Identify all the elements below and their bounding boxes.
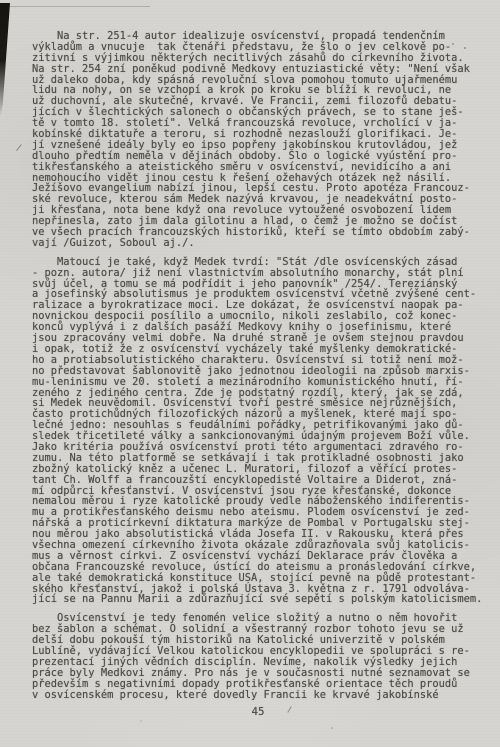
pencil-mark [287, 706, 291, 713]
scan-artifact-hairline [0, 6, 150, 7]
text-line: mu-leninismu ve 20. století a mezinárodn… [32, 377, 488, 388]
text-line: no představovat šablonovitě jako jednotn… [32, 366, 488, 377]
scan-artifact-wedge [0, 3, 10, 118]
screenshot-root: { "colors": { "paper": "#d6d4d0", "ink":… [0, 0, 500, 747]
text-line: v osvícenském procesu, které dovedly Fra… [32, 690, 488, 701]
page-text: Na str. 251-4 autor idealizuje osvícenst… [32, 31, 488, 700]
text-line: občana Francouzské revoluce, ústící do a… [32, 562, 488, 573]
scan-speck [331, 727, 333, 729]
text-line: tant Ch. Wolff a francouzští encyklopedi… [32, 475, 488, 486]
pencil-mark [16, 144, 22, 151]
scanned-page: Na str. 251-4 autor idealizuje osvícenst… [0, 0, 500, 747]
text-line: především s negativními dopady protikřes… [32, 679, 488, 690]
text-line: vají /Guizot, Soboul aj./. [32, 238, 488, 249]
page-number: 45 [251, 705, 264, 718]
text-line: - pozn. autora/ již není vlastnictvím ab… [32, 268, 488, 279]
text-line: zbožný katolický kněz a učenec L. Murato… [32, 464, 488, 475]
paragraph: Na str. 251-4 autor idealizuje osvícenst… [32, 31, 488, 249]
paragraph: Matoucí je také, když Medek tvrdí: "Stát… [32, 257, 488, 606]
text-line: ale také demokratická konstituce USA, st… [32, 573, 488, 584]
scan-speck [140, 720, 142, 722]
text-line: jící se na Pannu Marii a zdůrazňující sv… [32, 594, 488, 605]
text-line: Na str. 254 zní poněkud podivně Medkovy … [32, 64, 488, 75]
paragraph: Osvícenství je tedy fenomén velice složi… [32, 613, 488, 700]
text-line: tikřesťanského a ateistického směru v os… [32, 162, 488, 173]
